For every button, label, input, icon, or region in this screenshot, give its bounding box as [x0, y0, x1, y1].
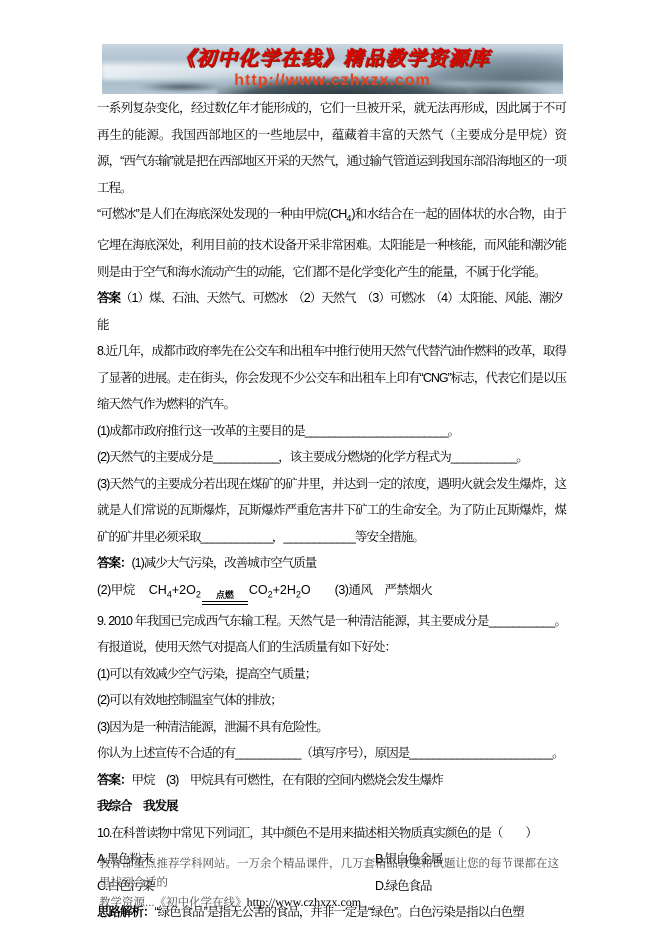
- condition-text: 点燃: [202, 591, 248, 600]
- watermark-line-2-text: 教学资源...《初中化学在线》: [99, 897, 247, 909]
- answer-8-part-3: (3)通风 严禁烟火: [335, 583, 433, 597]
- para2-text-before-subscript: “可燃冰”是人们在海底深处发现的一种由甲烷(CH: [97, 207, 346, 221]
- question-9-benefit-1: (1)可以有效减少空气污染，提高空气质量；: [97, 661, 566, 688]
- question-8: 8.近几年，成都市政府率先在公交车和出租车中推行使用天然气代替汽油作燃料的改革，…: [97, 338, 566, 418]
- watermark-line-2: 教学资源...《初中化学在线》http://www.czhxzx.com: [99, 893, 569, 913]
- worksheet-page: 《初中化学在线》精品教学资源库 http://www.czhxzx.com 一系…: [0, 0, 661, 935]
- chemical-equation: CH4+2O2点燃CO2+2H2O: [149, 583, 311, 597]
- worksheet-content: 一系列复杂变化，经过数亿年才能形成的，它们一旦被开采，就无法再形成，因此属于不可…: [97, 95, 566, 926]
- banner-title: 《初中化学在线》精品教学资源库: [102, 48, 563, 70]
- question-8-blank-3: (3)天然气的主要成分若出现在煤矿的矿井里，并达到一定的浓度，遇明火就会发生爆炸…: [97, 471, 566, 551]
- watermark-url: http://www.czhxzx.com: [247, 895, 362, 909]
- watermark-line-1: 教育部重点推荐学科网站。一万余个精品课件，几万套精品教案和试题让您的每节课都在这…: [99, 855, 569, 893]
- footer-watermark: 教育部重点推荐学科网站。一万余个精品课件，几万套精品教案和试题让您的每节课都在这…: [99, 855, 569, 913]
- question-10: 10.在科普读物中常见下列词汇，其中颜色不是用来描述相关物质真实颜色的是（ ）: [97, 820, 566, 847]
- eq-product-3: O: [301, 583, 311, 597]
- answer-8-equation-line: (2)甲烷CH4+2O2点燃CO2+2H2O(3)通风 严禁烟火: [97, 577, 566, 608]
- section-title: 我综合 我发展: [97, 793, 566, 820]
- question-9-benefit-3: (3)因为是一种清洁能源，泄漏不具有危险性。: [97, 714, 566, 741]
- answer-7-text: （1）煤、石油、天然气、可燃冰 （2）天然气 （3）可燃冰 （4）太阳能、风能、…: [97, 291, 562, 332]
- question-8-blank-1: (1)成都市政府推行这一改革的主要目的是____________________…: [97, 418, 566, 445]
- question-9-benefit-2: (2)可以有效地控制温室气体的排放；: [97, 687, 566, 714]
- answer-9-text: 甲烷 (3) 甲烷具有可燃性，在有限的空间内燃烧会发生爆炸: [132, 773, 443, 787]
- banner-url-link[interactable]: http://www.czhxzx.com: [102, 71, 563, 91]
- question-9-blank-line: 你认为上述宣传不合适的有___________（填写序号），原因是_______…: [97, 740, 566, 767]
- eq-product-1: CO: [249, 583, 268, 597]
- equals-bar: [202, 601, 248, 605]
- paragraph-combustible-ice: “可燃冰”是人们在海底深处发现的一种由甲烷(CH4)和水结合在一起的固体状的水合…: [97, 201, 566, 285]
- answer-9-line: 答案：甲烷 (3) 甲烷具有可燃性，在有限的空间内燃烧会发生爆炸: [97, 767, 566, 794]
- answer-8-line-1: 答案：(1)减少大气污染，改善城市空气质量: [97, 550, 566, 577]
- answer-9-label: 答案：: [97, 773, 132, 787]
- reaction-condition: 点燃: [202, 591, 248, 605]
- answer-7-line: 答案（1）煤、石油、天然气、可燃冰 （2）天然气 （3）可燃冰 （4）太阳能、风…: [97, 285, 566, 338]
- answer-8-label: 答案：: [97, 556, 132, 570]
- eq-reactant-1: CH: [149, 583, 167, 597]
- equation-label: (2)甲烷: [97, 583, 135, 597]
- answer-8-text: (1)减少大气污染，改善城市空气质量: [132, 556, 317, 570]
- eq-reactant-2: +2O: [172, 583, 196, 597]
- site-banner: 《初中化学在线》精品教学资源库 http://www.czhxzx.com: [102, 44, 563, 94]
- eq-sub-2: 2: [196, 589, 201, 599]
- eq-product-2: +2H: [273, 583, 296, 597]
- question-8-blank-2: (2)天然气的主要成分是___________，该主要成分燃烧的化学方程式为__…: [97, 444, 566, 471]
- answer-7-label: 答案: [97, 291, 120, 305]
- question-9: 9. 2010 年我国已完成西气东输工程。天然气是一种清洁能源，其主要成分是__…: [97, 608, 566, 661]
- paragraph-energy-intro: 一系列复杂变化，经过数亿年才能形成的，它们一旦被开采，就无法再形成，因此属于不可…: [97, 95, 566, 201]
